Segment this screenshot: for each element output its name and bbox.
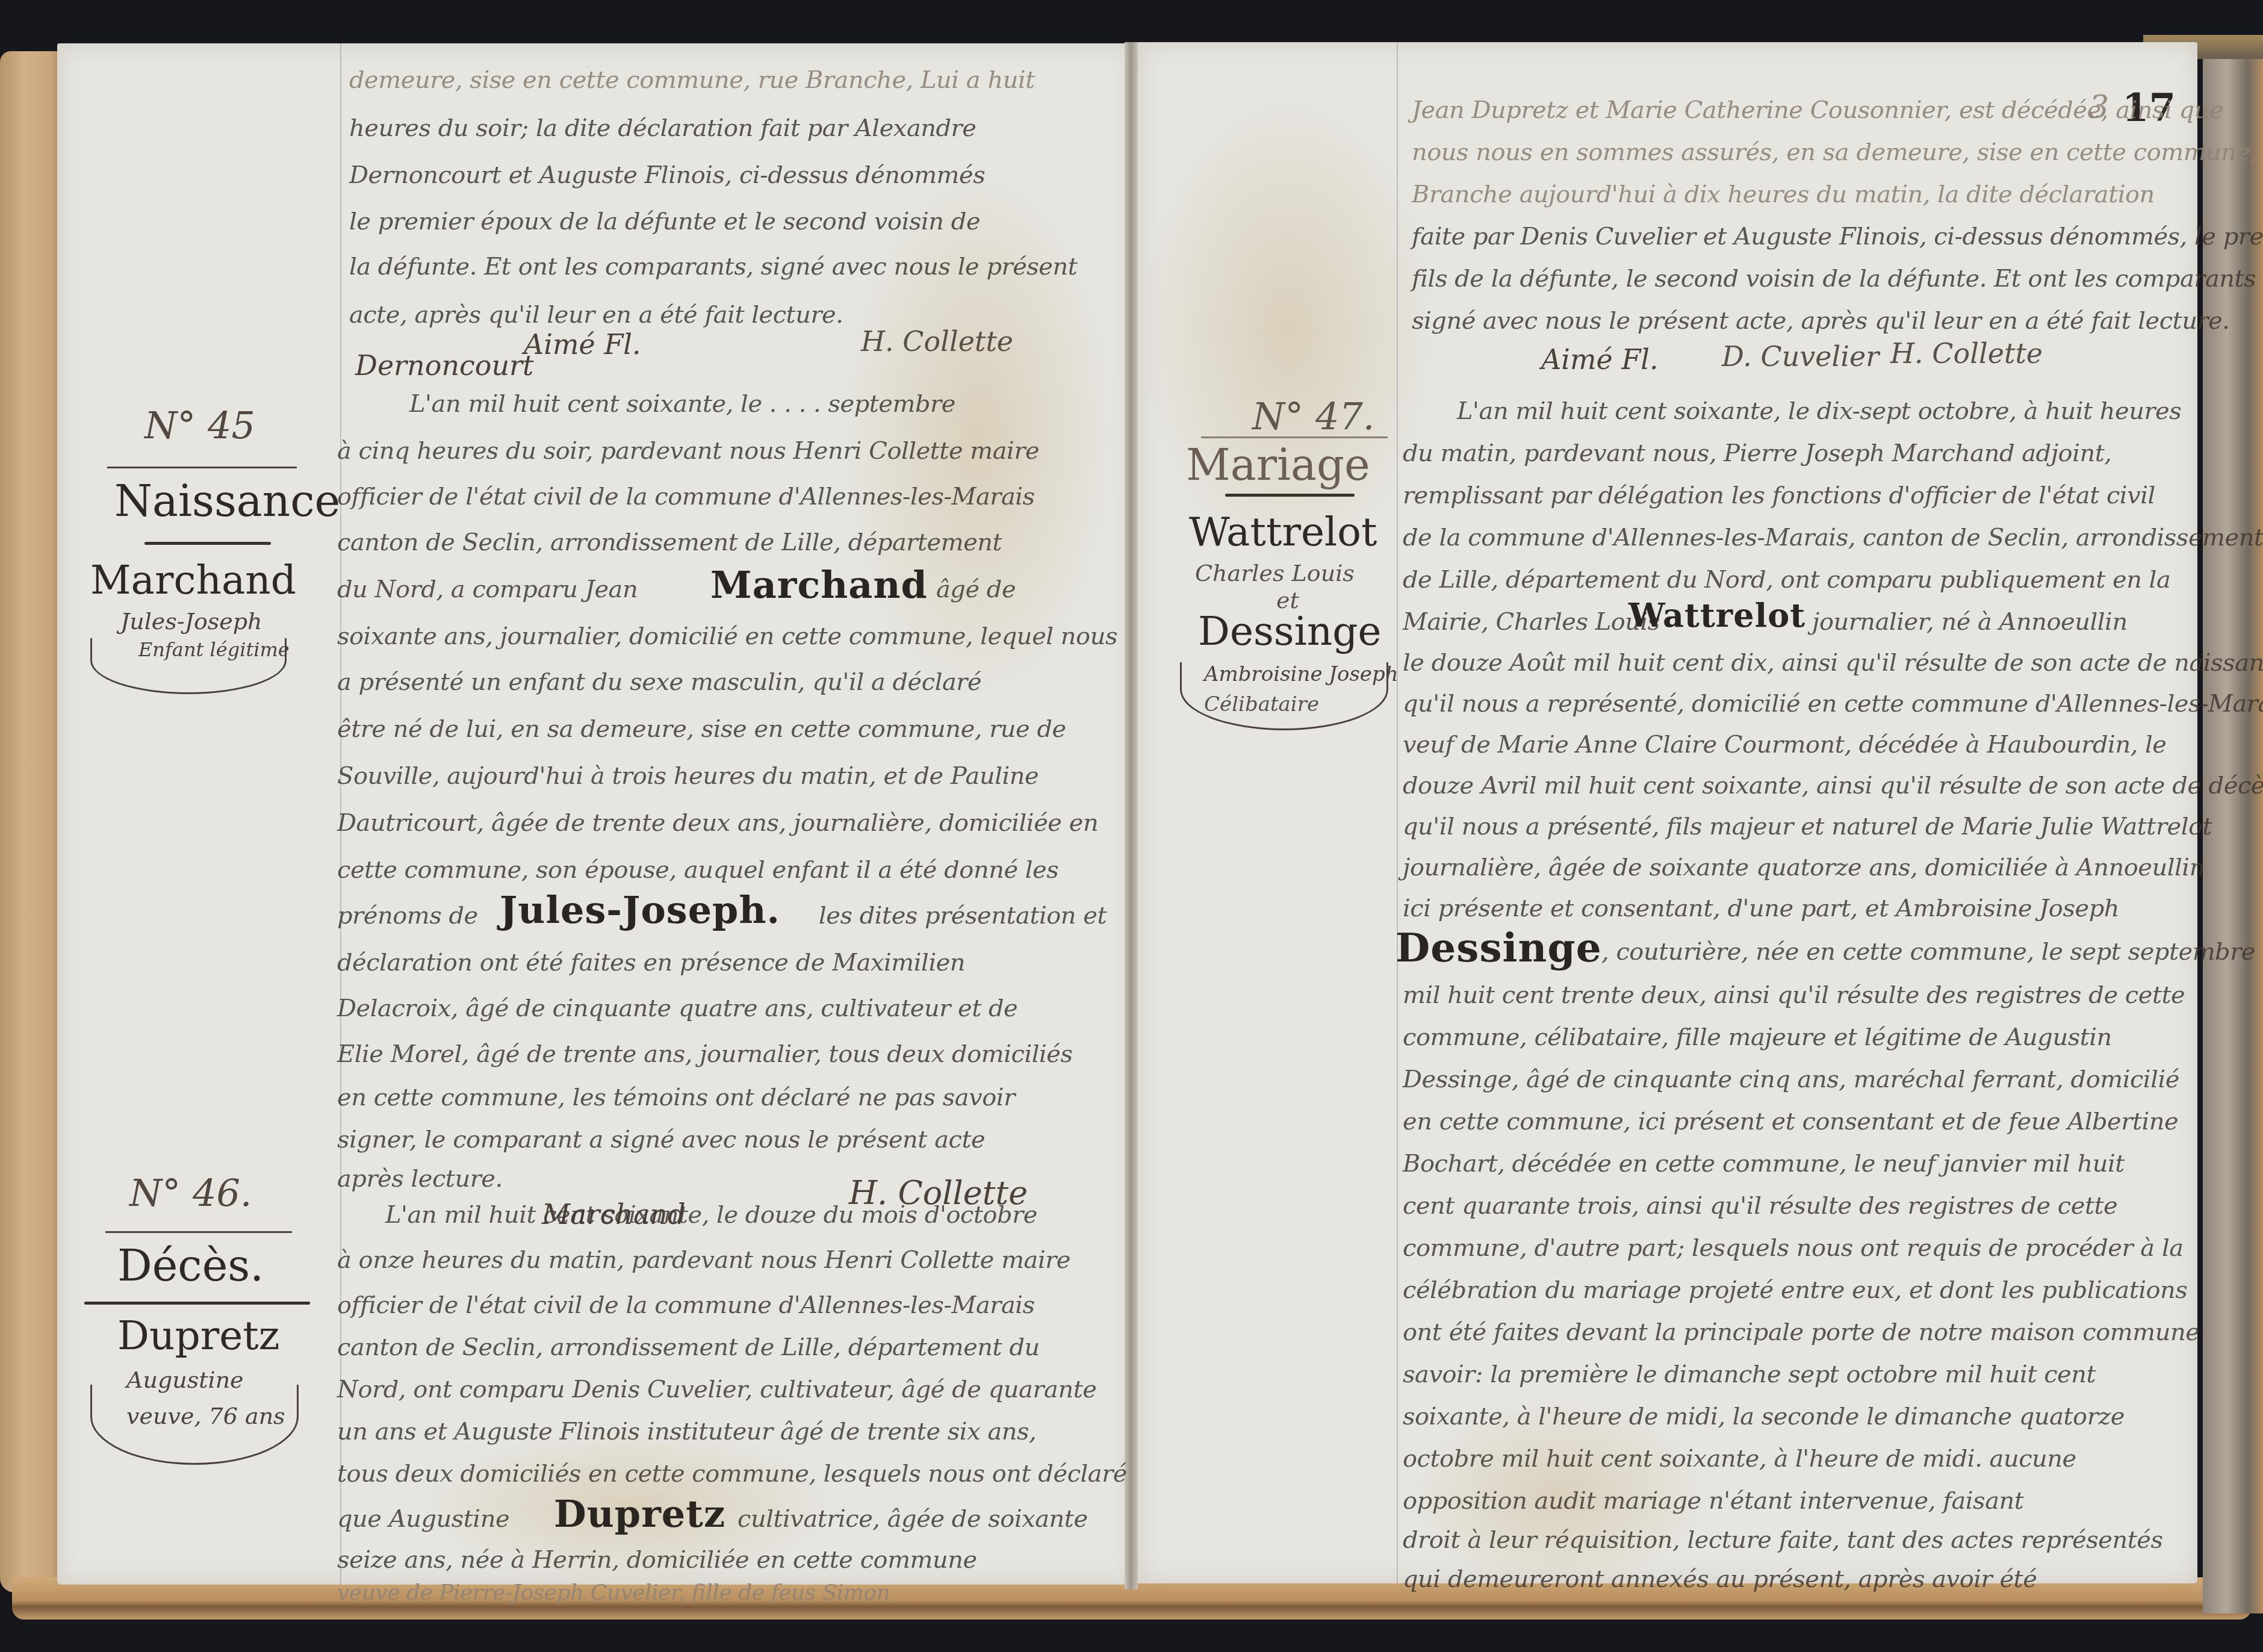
text-line: Nord, ont comparu Denis Cuvelier, cultiv… <box>337 1376 1096 1403</box>
text-line: remplissant par délégation les fonctions… <box>1403 482 2155 509</box>
text-line: droit à leur réquisition, lecture faite,… <box>1403 1526 2162 1554</box>
text-line: officier de l'état civil de la commune d… <box>337 1291 1035 1319</box>
text-line: faite par Denis Cuvelier et Auguste Flin… <box>1412 223 2263 250</box>
entry-type: Naissance <box>114 476 340 526</box>
text-line: journalière, âgée de soixante quatorze a… <box>1403 854 2205 881</box>
text-line: de Lille, département du Nord, ont compa… <box>1403 566 2170 594</box>
margin-rule <box>1397 42 1398 1583</box>
text-line: commune, d'autre part; lesquels nous ont… <box>1403 1234 2184 1262</box>
divider <box>1201 436 1388 438</box>
text-line: les dites présentation et <box>819 902 1107 930</box>
divider <box>1225 494 1355 497</box>
signature: Aimé Fl. <box>1541 343 1659 376</box>
divider <box>144 542 271 545</box>
text-line: journalier, né à Annoeullin <box>1812 608 2128 636</box>
text-line: Souville, aujourd'hui à trois heures du … <box>337 762 1038 790</box>
text-line: le douze Août mil huit cent dix, ainsi q… <box>1403 649 2263 677</box>
text-line: opposition audit mariage n'étant interve… <box>1403 1487 2023 1515</box>
text-line: la défunte. Et ont les comparants, signé… <box>349 253 1077 281</box>
text-line: canton de Seclin, arrondissement de Lill… <box>337 1334 1040 1361</box>
entry-type: Décès. <box>117 1240 264 1291</box>
text-line: Delacroix, âgé de cinquante quatre ans, … <box>337 995 1017 1022</box>
text-line: un ans et Auguste Flinois instituteur âg… <box>337 1418 1036 1445</box>
text-line: seize ans, née à Herrin, domiciliée en c… <box>337 1546 977 1574</box>
text-line: que Augustine <box>337 1505 509 1533</box>
inline-bride-surname: Dessinge <box>1395 924 1602 971</box>
text-line: le premier époux de la défunte et le sec… <box>349 208 980 235</box>
text-line: heures du soir; la dite déclaration fait… <box>349 114 976 142</box>
text-line: veuve de Pierre-Joseph Cuvelier, fille d… <box>337 1580 890 1605</box>
signature: H. Collette <box>1890 337 2043 370</box>
signature: Aimé Fl. <box>524 328 641 361</box>
signature: H. Collette <box>861 325 1013 358</box>
entry-given-names: Jules-Joseph <box>120 608 262 635</box>
entry-surname: Dupretz <box>117 1312 280 1359</box>
text-line: veuf de Marie Anne Claire Courmont, décé… <box>1403 731 2167 759</box>
divider <box>84 1302 310 1305</box>
text-line: L'an mil huit cent soixante, le . . . . … <box>409 390 955 418</box>
text-line: à onze heures du matin, pardevant nous H… <box>337 1246 1070 1274</box>
inline-surname: Marchand <box>710 563 928 607</box>
text-line: fils de la défunte, le second voisin de … <box>1412 265 2256 293</box>
groom-surname: Wattrelot <box>1189 509 1377 555</box>
inline-surname: Dupretz <box>554 1492 725 1536</box>
text-line: L'an mil huit cent soixante, le dix-sept… <box>1457 397 2181 425</box>
signature: D. Cuvelier <box>1722 340 1879 373</box>
divider <box>107 467 297 468</box>
text-line: déclaration ont été faites en présence d… <box>337 949 965 977</box>
text-line: commune, célibataire, fille majeure et l… <box>1403 1023 2112 1051</box>
text-line: mil huit cent trente deux, ainsi qu'il r… <box>1403 981 2185 1009</box>
text-line: cultivatrice, âgée de soixante <box>737 1505 1088 1533</box>
text-line: âgé de <box>936 576 1016 603</box>
entry-type: Mariage <box>1186 439 1370 490</box>
text-line: être né de lui, en sa demeure, sise en c… <box>337 715 1066 743</box>
text-line: prénoms de <box>337 902 478 930</box>
water-stain <box>1138 90 1439 572</box>
entry-number: N° 45 <box>144 403 255 447</box>
text-line: canton de Seclin, arrondissement de Lill… <box>337 529 1002 556</box>
text-line: Dautricourt, âgée de trente deux ans, jo… <box>337 809 1098 837</box>
text-line: octobre mil huit cent soixante, à l'heur… <box>1403 1445 2076 1473</box>
text-line: à cinq heures du soir, pardevant nous He… <box>337 437 1039 465</box>
text-line: signé avec nous le présent acte, après q… <box>1412 307 2229 335</box>
inline-groom-surname: Wattrelot <box>1628 596 1805 635</box>
bride-surname: Dessinge <box>1198 608 1382 654</box>
text-line: célébration du mariage projeté entre eux… <box>1403 1276 2187 1304</box>
text-line: tous deux domiciliés en cette commune, l… <box>337 1460 1127 1488</box>
text-line: qui demeureront annexés au présent, aprè… <box>1403 1565 2037 1593</box>
text-line: en cette commune, les témoins ont déclar… <box>337 1084 1015 1111</box>
text-line: L'an mil huit cent soixante, le douze du… <box>385 1201 1037 1229</box>
text-line: Dessinge, âgé de cinquante cinq ans, mar… <box>1403 1066 2179 1093</box>
book-gutter <box>1125 42 1138 1589</box>
text-line: qu'il nous a présenté, fils majeur et na… <box>1403 813 2212 840</box>
text-line: Bochart, décédée en cette commune, le ne… <box>1403 1150 2125 1178</box>
text-line: de la commune d'Allennes-les-Marais, can… <box>1403 524 2263 551</box>
text-line: Jean Dupretz et Marie Catherine Cousonni… <box>1412 96 2223 124</box>
text-line: Dernoncourt et Auguste Flinois, ci-dessu… <box>349 161 985 189</box>
text-line: nous nous en sommes assurés, en sa demeu… <box>1412 138 2263 166</box>
text-line: après lecture. <box>337 1165 503 1193</box>
text-line: Elie Morel, âgé de trente ans, journalie… <box>337 1040 1072 1068</box>
text-line: officier de l'état civil de la commune d… <box>337 483 1035 511</box>
text-line: Branche aujourd'hui à dix heures du mati… <box>1412 181 2155 208</box>
inline-given-names: Jules-Joseph. <box>500 888 780 932</box>
text-line: ont été faites devant la principale port… <box>1403 1318 2199 1346</box>
text-line: soixante ans, journalier, domicilié en c… <box>337 623 1117 650</box>
text-line: en cette commune, ici présent et consent… <box>1403 1108 2178 1135</box>
text-line: cette commune, son épouse, auquel enfant… <box>337 856 1058 884</box>
text-line: signer, le comparant a signé avec nous l… <box>337 1126 985 1154</box>
text-line: du matin, pardevant nous, Pierre Joseph … <box>1403 439 2112 467</box>
text-line: acte, après qu'il leur en a été fait lec… <box>349 301 843 329</box>
text-line: a présenté un enfant du sexe masculin, q… <box>337 668 981 696</box>
text-line: demeure, sise en cette commune, rue Bran… <box>349 66 1035 94</box>
text-line: cent quarante trois, ainsi qu'il résulte… <box>1403 1192 2117 1220</box>
divider <box>105 1231 292 1233</box>
text-line: ici présente et consentant, d'une part, … <box>1403 895 2119 922</box>
text-line: savoir: la première le dimanche sept oct… <box>1403 1361 2096 1388</box>
text-line: du Nord, a comparu Jean <box>337 576 638 603</box>
groom-given-names: Charles Louis <box>1195 560 1355 586</box>
entry-surname: Marchand <box>90 557 296 603</box>
text-line: douze Avril mil huit cent soixante, ains… <box>1403 772 2263 800</box>
text-line: Mairie, Charles Louis <box>1403 608 1660 636</box>
signature: Dernoncourt <box>355 349 534 382</box>
entry-number: N° 46. <box>129 1171 252 1215</box>
text-line: qu'il nous a représenté, domicilié en ce… <box>1403 690 2263 718</box>
entry-number: N° 47. <box>1252 394 1375 438</box>
text-line: , couturière, née en cette commune, le s… <box>1601 938 2255 966</box>
text-line: soixante, à l'heure de midi, la seconde … <box>1403 1403 2125 1430</box>
